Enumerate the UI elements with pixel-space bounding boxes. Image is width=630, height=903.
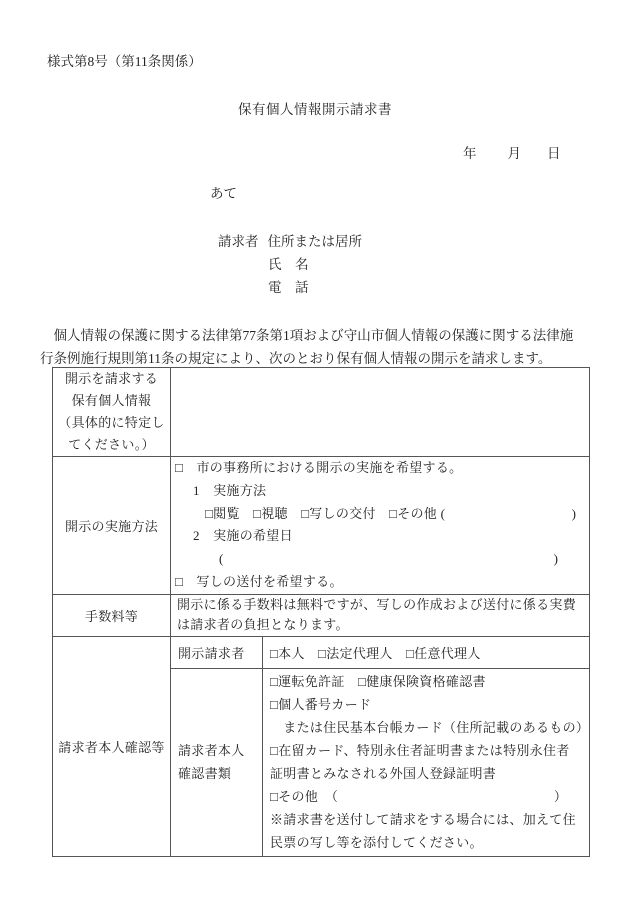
fee-line-1: 開示に係る手数料は無料ですが、写しの作成および送付に係る実費 bbox=[177, 595, 589, 616]
intro-paragraph: 個人情報の保護に関する法律第77条第1項および守山市個人情報の保護に関する法律施… bbox=[40, 324, 592, 370]
row-disclosure-method: 開示の実施方法 □ 市の事務所における開示の実施を希望する。 1 実施方法 □閲… bbox=[53, 457, 590, 595]
year-label: 年 bbox=[463, 146, 477, 161]
request-info-label: 開示を請求する 保有個人情報 （具体的に特定し てください。） bbox=[53, 368, 171, 457]
label-line: 保有個人情報 bbox=[53, 390, 170, 412]
checkbox-option-other-document[interactable]: □その他 （） bbox=[270, 785, 589, 808]
documents-label-line: 請求者本人 bbox=[178, 739, 262, 762]
desired-date-open-paren: ( bbox=[219, 551, 224, 566]
other-document-open[interactable]: □その他 （ bbox=[270, 789, 338, 804]
label-line: 開示を請求する bbox=[53, 368, 170, 390]
method-item-1: 1 実施方法 bbox=[175, 480, 589, 503]
row-identity-requester: 請求者本人確認等 開示請求者 □本人 □法定代理人 □任意代理人 bbox=[53, 636, 590, 668]
row-fee: 手数料等 開示に係る手数料は無料ですが、写しの作成および送付に係る実費 は請求者… bbox=[53, 594, 590, 636]
method-options-text[interactable]: □閲覧 □視聴 □写しの交付 □その他 ( bbox=[205, 506, 445, 521]
other-document-close-paren: ） bbox=[554, 785, 567, 808]
identity-label: 請求者本人確認等 bbox=[53, 636, 171, 856]
checkbox-option-residence-card[interactable]: □在留カード、特別永住者証明書または特別永住者 bbox=[270, 739, 589, 762]
requester-label: 請求者 bbox=[218, 234, 259, 249]
checkbox-option-mail[interactable]: □ 写しの送付を希望する。 bbox=[175, 571, 589, 594]
form-number: 様式第8号（第11条関係） bbox=[47, 54, 202, 70]
desired-date-blank-field[interactable]: () bbox=[175, 548, 589, 571]
requester-line: 請求者住所または居所 bbox=[218, 234, 362, 250]
request-info-value-field[interactable] bbox=[171, 368, 590, 457]
method-item-2: 2 実施の希望日 bbox=[175, 525, 589, 548]
checkbox-option-license[interactable]: □運転免許証 □健康保険資格確認書 bbox=[270, 670, 589, 693]
documents-content: □運転免許証 □健康保険資格確認書 □個人番号カード または住民基本台帳カード（… bbox=[263, 668, 590, 856]
checkbox-option-office[interactable]: □ 市の事務所における開示の実施を希望する。 bbox=[175, 457, 589, 480]
label-line: てください。） bbox=[53, 434, 170, 456]
requester-type-label: 開示請求者 bbox=[171, 636, 263, 668]
disclosure-method-content: □ 市の事務所における開示の実施を希望する。 1 実施方法 □閲覧 □視聴 □写… bbox=[171, 457, 590, 595]
mailing-note-line-1: ※請求書を送付して請求をする場合には、加えて住 bbox=[270, 808, 589, 831]
row-request-info: 開示を請求する 保有個人情報 （具体的に特定し てください。） bbox=[53, 368, 590, 457]
desired-date-close-paren: ) bbox=[554, 548, 559, 571]
checkbox-options-method[interactable]: □閲覧 □視聴 □写しの交付 □その他 () bbox=[175, 503, 589, 526]
request-form-table: 開示を請求する 保有個人情報 （具体的に特定し てください。） 開示の実施方法 … bbox=[52, 367, 590, 857]
addressee-suffix: あて bbox=[210, 186, 237, 202]
day-label: 日 bbox=[547, 146, 561, 161]
phone-label: 電 話 bbox=[268, 280, 309, 296]
document-page: 様式第8号（第11条関係） 保有個人情報開示請求書 年月日 あて 請求者住所また… bbox=[0, 0, 630, 903]
mailing-note-line-2: 民票の写し等を添付してください。 bbox=[270, 831, 589, 854]
checkbox-options-requester-type[interactable]: □本人 □法定代理人 □任意代理人 bbox=[263, 636, 590, 668]
mynumber-note: または住民基本台帳カード（住所記載のあるもの） bbox=[270, 716, 589, 739]
fee-line-2: は請求者の負担となります。 bbox=[177, 615, 589, 636]
other-method-close-paren: ) bbox=[572, 503, 577, 526]
fee-content: 開示に係る手数料は無料ですが、写しの作成および送付に係る実費 は請求者の負担とな… bbox=[171, 594, 590, 636]
intro-line-1: 個人情報の保護に関する法律第77条第1項および守山市個人情報の保護に関する法律施 bbox=[40, 324, 592, 347]
residence-card-note: 証明書とみなされる外国人登録証明書 bbox=[270, 762, 589, 785]
document-title: 保有個人情報開示請求書 bbox=[0, 102, 630, 118]
address-label: 住所または居所 bbox=[268, 234, 363, 249]
documents-label-line: 確認書類 bbox=[178, 762, 262, 785]
date-line: 年月日 bbox=[463, 146, 561, 162]
disclosure-method-label: 開示の実施方法 bbox=[53, 457, 171, 595]
label-line: （具体的に特定し bbox=[53, 412, 170, 434]
checkbox-option-mynumber-card[interactable]: □個人番号カード bbox=[270, 693, 589, 716]
fee-label: 手数料等 bbox=[53, 594, 171, 636]
month-label: 月 bbox=[508, 146, 522, 161]
name-label: 氏 名 bbox=[268, 257, 309, 273]
documents-label: 請求者本人 確認書類 bbox=[171, 668, 263, 856]
